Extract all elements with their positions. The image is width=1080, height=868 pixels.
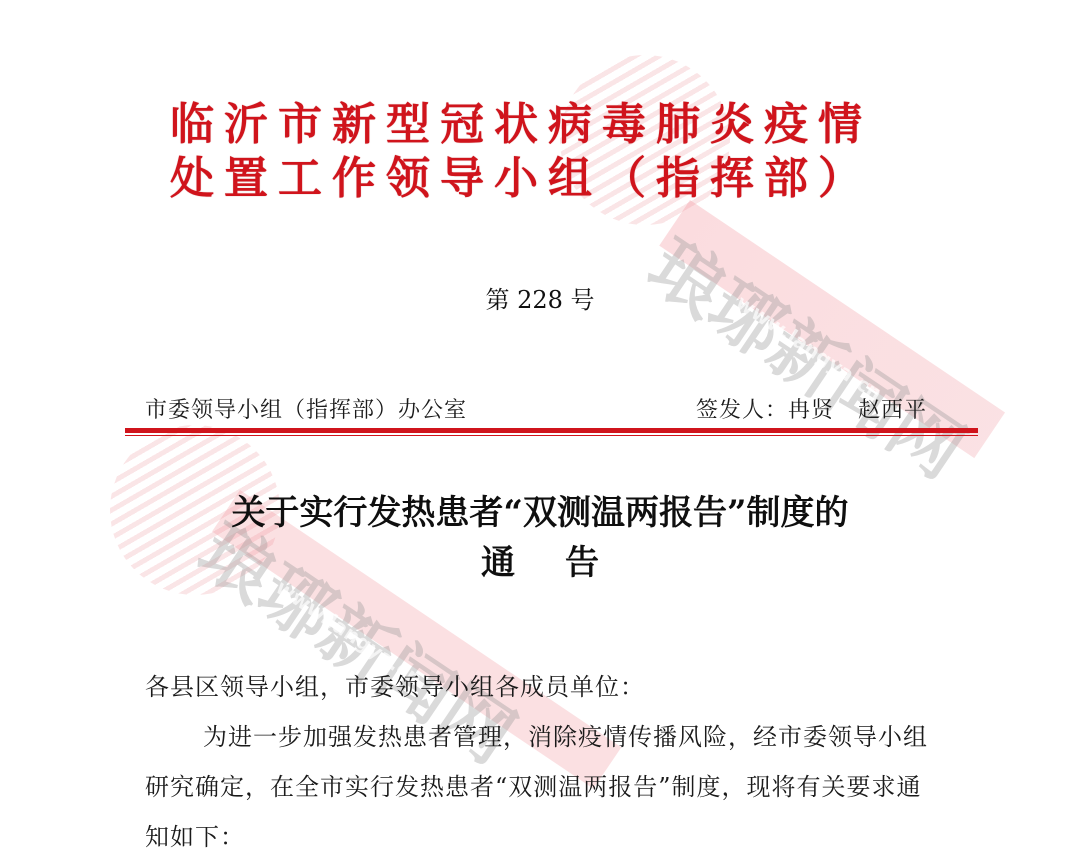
issuer-row: 市委领导小组（指挥部）办公室 签发人：冉贤 赵西平 <box>145 393 935 424</box>
body-paragraph: 为进一步加强发热患者管理，消除疫情传播风险，经市委领导小组研究确定，在全市实行发… <box>145 712 945 862</box>
red-divider-thin <box>125 435 978 436</box>
document-header: 临沂市新型冠状病毒肺炎疫情 处置工作领导小组（指挥部） <box>170 98 930 206</box>
header-title-line1: 临沂市新型冠状病毒肺炎疫情 <box>170 98 930 152</box>
notice-title: 关于实行发热患者“双测温两报告”制度的 通告 <box>0 488 1080 588</box>
notice-title-line1: 关于实行发热患者“双测温两报告”制度的 <box>0 488 1080 538</box>
red-divider <box>125 428 978 433</box>
notice-title-line2: 通告 <box>0 538 1080 588</box>
signer: 签发人：冉贤 赵西平 <box>696 393 935 424</box>
document-page: 琅琊新闻网 www.langya.cn 琅琊新闻网 www.langya.cn … <box>0 0 1080 868</box>
document-number: 第 228 号 <box>0 280 1080 315</box>
watermark-text: 琅琊新闻网 <box>632 210 989 498</box>
salutation: 各县区领导小组，市委领导小组各成员单位： <box>145 662 945 712</box>
issuing-office: 市委领导小组（指挥部）办公室 <box>145 393 467 424</box>
header-title-line2: 处置工作领导小组（指挥部） <box>170 152 930 206</box>
document-body: 各县区领导小组，市委领导小组各成员单位： 为进一步加强发热患者管理，消除疫情传播… <box>145 662 945 862</box>
